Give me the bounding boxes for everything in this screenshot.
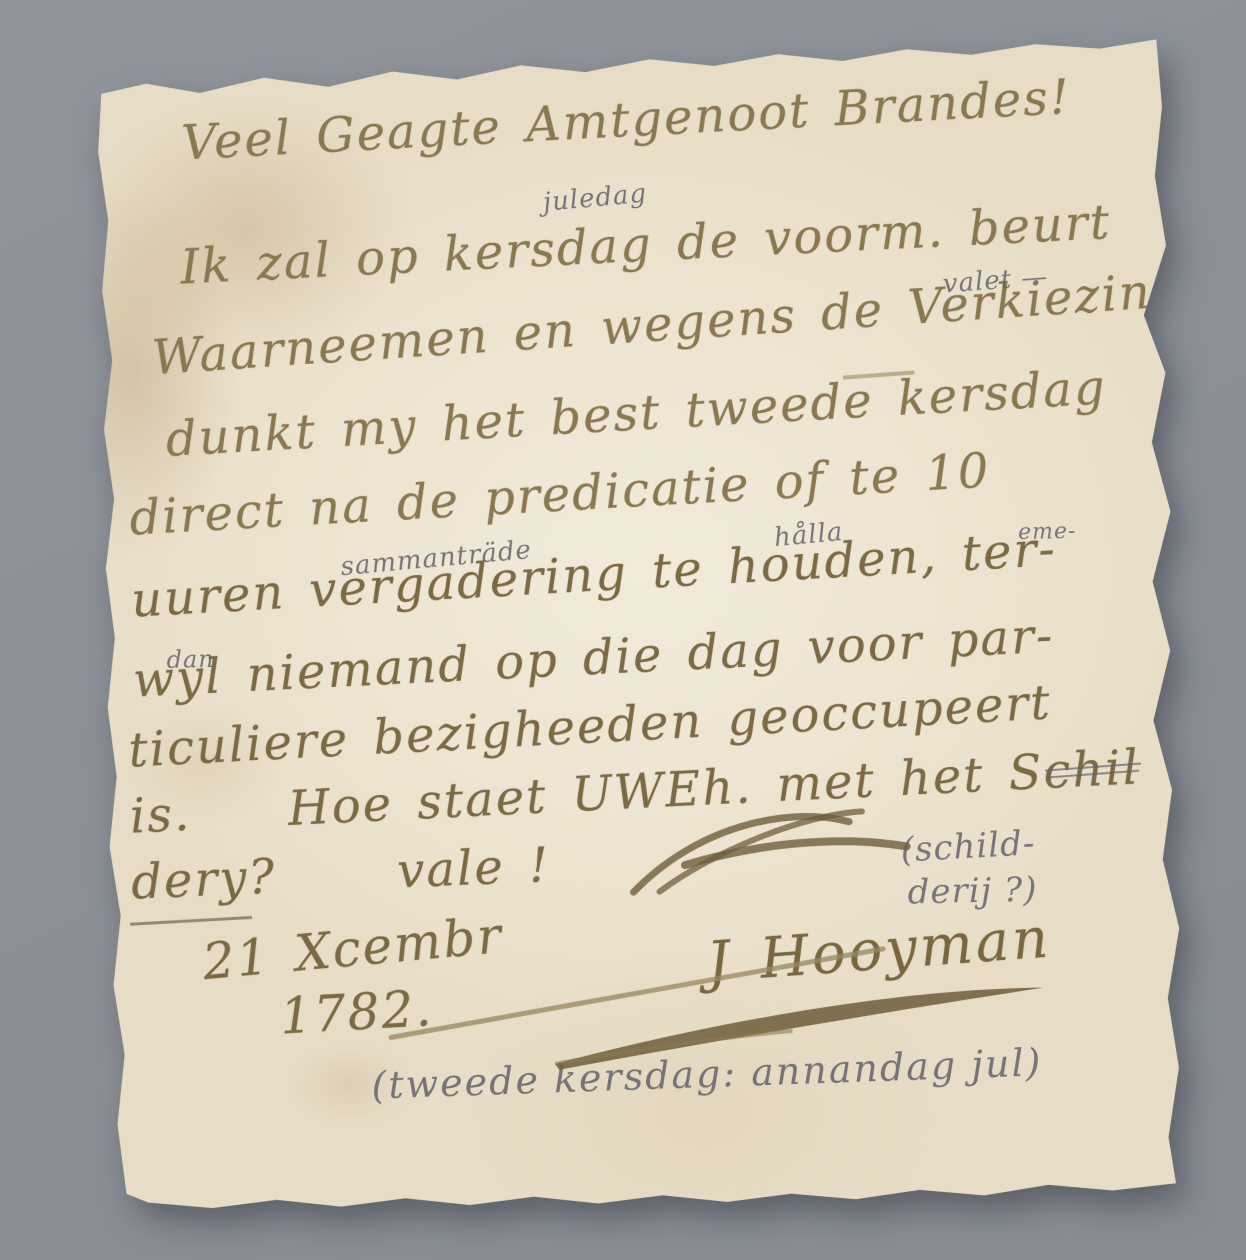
ink-paraph-flourish [624, 794, 926, 910]
letter-line: dery? vale ! [130, 837, 551, 911]
pencil-note-above-houden: hålla [773, 517, 845, 553]
pencil-note-above-kersdag: juledag [542, 179, 649, 218]
photo-background: Veel Geagte Amtgenoot Brandes! Ik zal op… [0, 0, 1246, 1260]
signature-swash-flourish [551, 973, 1053, 1073]
letter-paper-wrapper: Veel Geagte Amtgenoot Brandes! Ik zal op… [92, 37, 1188, 1217]
letter-paper: Veel Geagte Amtgenoot Brandes! Ik zal op… [92, 37, 1188, 1217]
pencil-underline-dery [130, 916, 252, 926]
pencil-note-above-wyl: dan [166, 645, 215, 674]
pencil-note-schilderij-line2: derij ?) [907, 870, 1038, 913]
letter-line-salutation: Veel Geagte Amtgenoot Brandes! [180, 69, 1072, 172]
pencil-note-right-margin: eme- [1018, 519, 1077, 545]
